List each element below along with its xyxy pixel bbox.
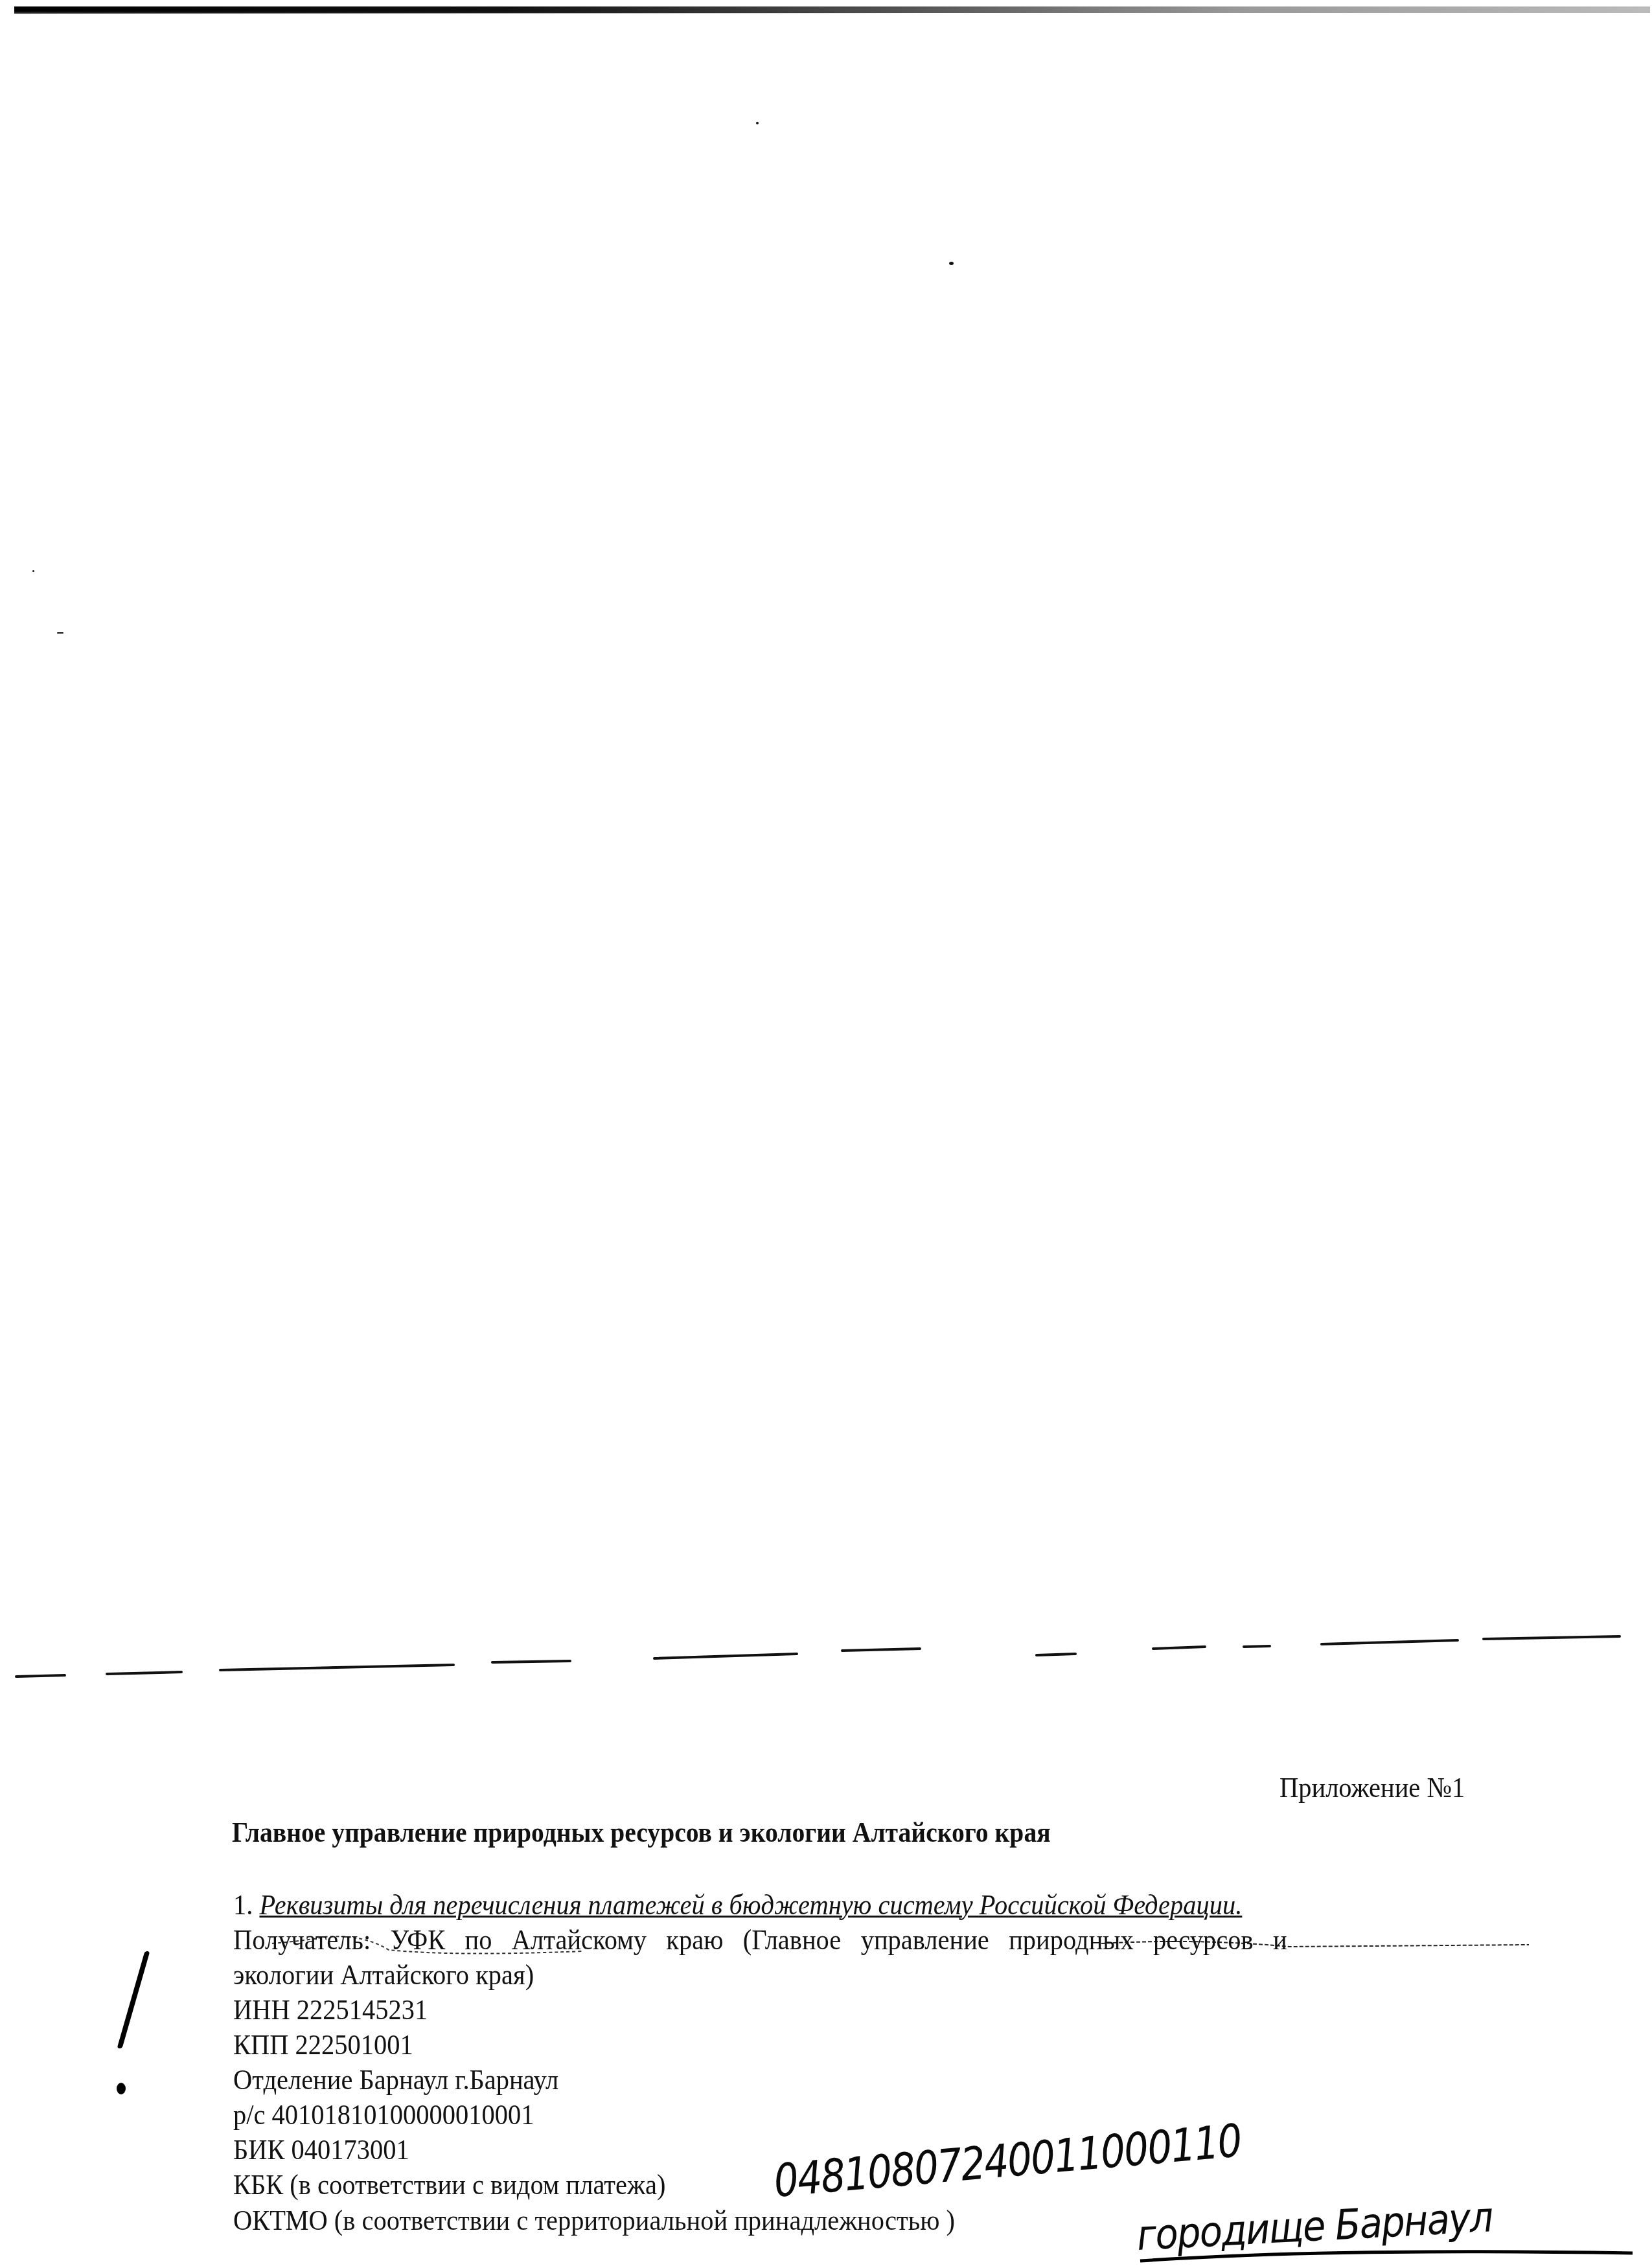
organization-heading: Главное управление природных ресурсов и … <box>232 1815 1051 1850</box>
margin-exclamation-dot <box>117 2083 126 2094</box>
oktmo-label: ОКТМО (в соответствии с территориальной … <box>233 2203 955 2238</box>
section-title: Реквизиты для перечисления платежей в бю… <box>259 1889 1242 1921</box>
appendix-label: Приложение №1 <box>1279 1770 1465 1805</box>
recipient-line-1: Получатель: УФК по Алтайскому краю (Глав… <box>233 1923 1366 1958</box>
kbk-label: КБК (в соответствии с видом платежа) <box>233 2168 665 2203</box>
recipient-line-2: экологии Алтайского края) <box>233 1958 534 1993</box>
kpp-line: КПП 222501001 <box>233 2028 413 2063</box>
bank-line: Отделение Барнаул г.Барнаул <box>233 2063 558 2098</box>
account-line: р/с 40101810100000010001 <box>233 2098 534 2133</box>
section-number: 1. <box>233 1889 253 1921</box>
inn-line: ИНН 2225145231 <box>233 1993 428 2028</box>
section-1: 1. Реквизиты для перечисления платежей в… <box>233 1888 1242 1923</box>
bik-line: БИК 040173001 <box>233 2133 409 2168</box>
